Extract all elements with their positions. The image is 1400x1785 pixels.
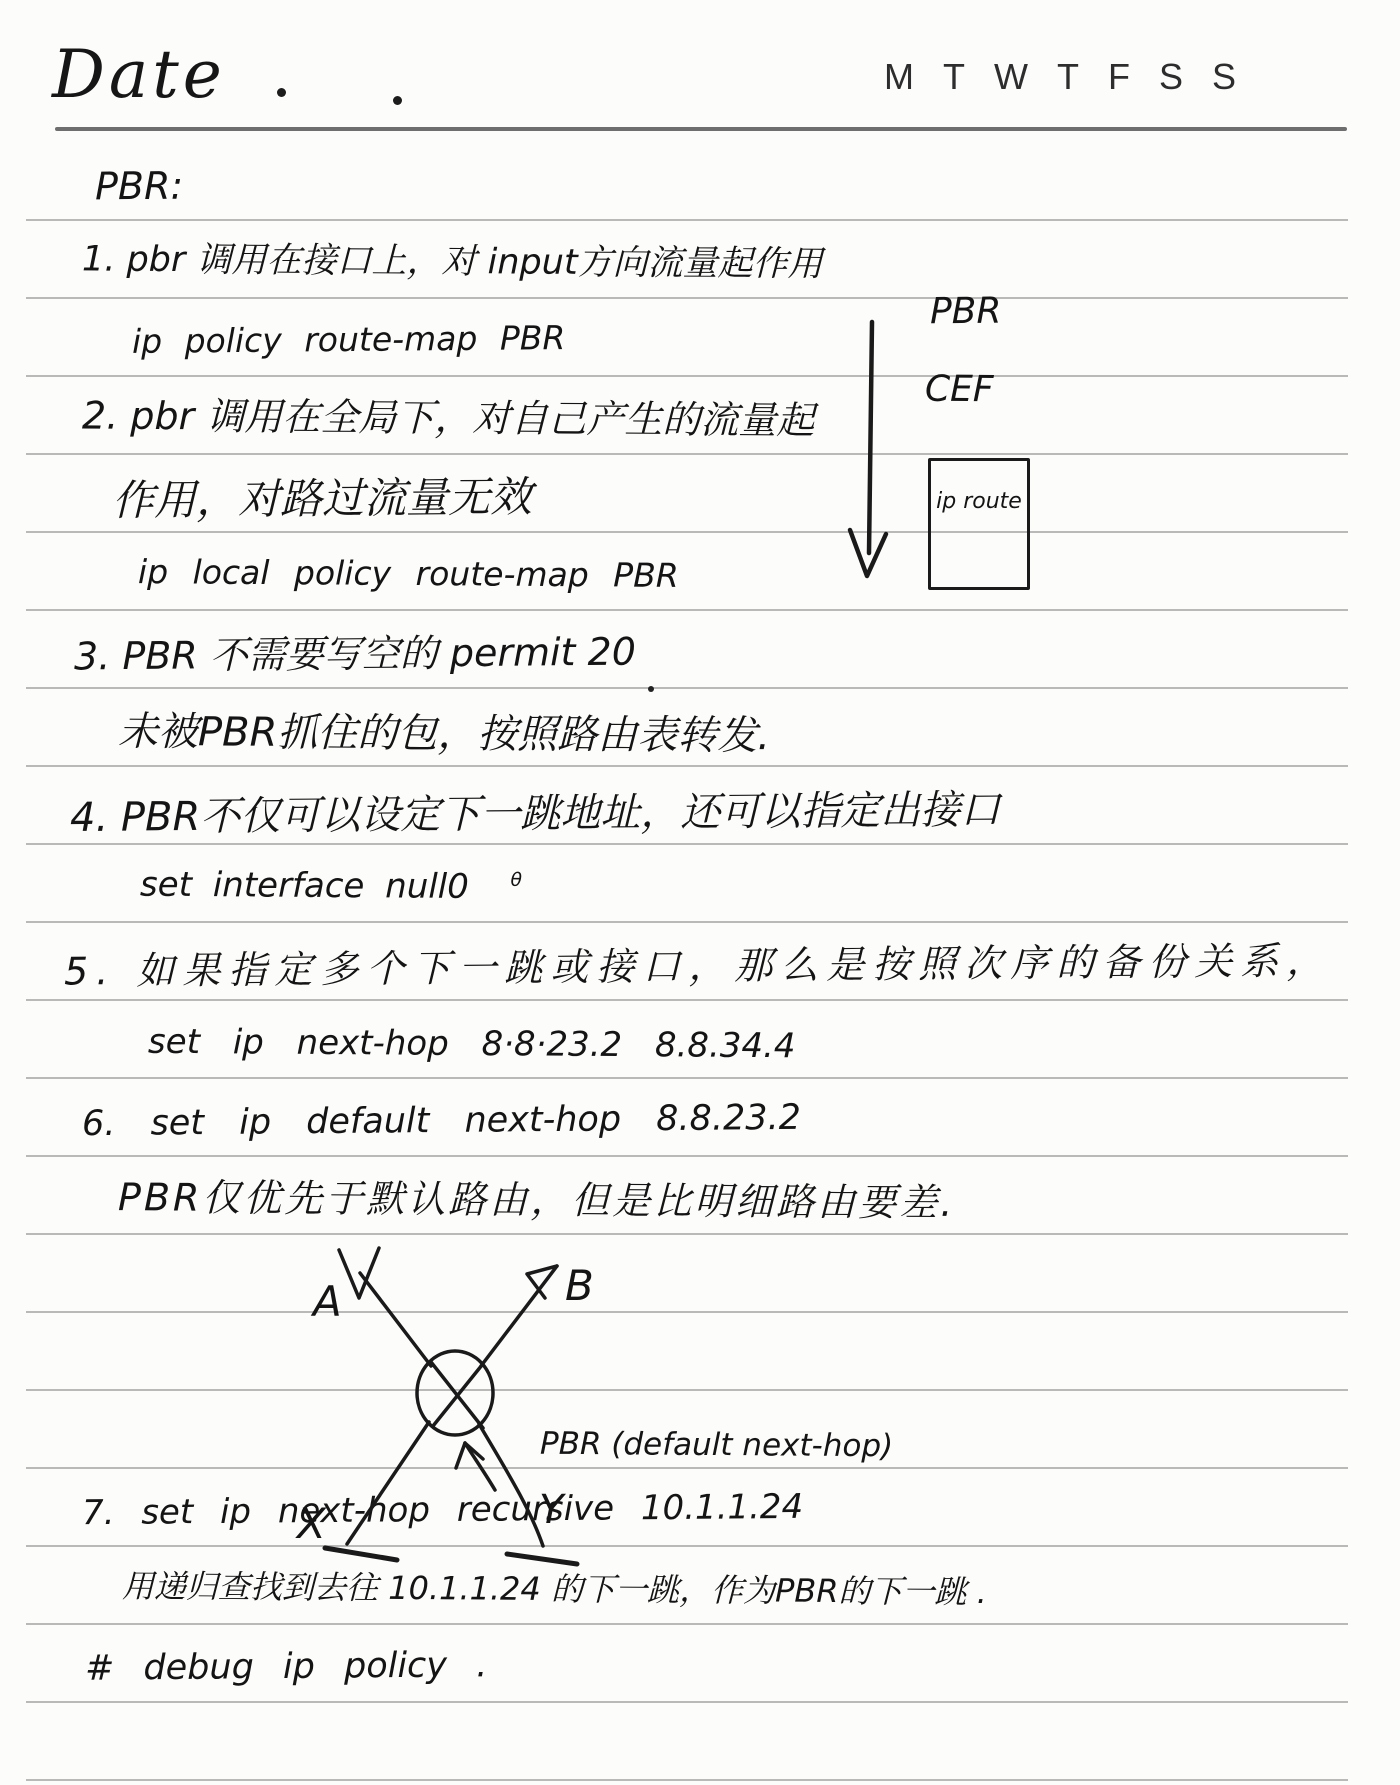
date-dot-1 [277,88,286,97]
notebook-page: Date M T W T F S S PBR: 1. pbr 调用在接口上，对 … [0,0,1400,1785]
note-line-3: 2. pbr 调用在全局下，对自己产生的流量起 [82,395,815,442]
note-title: PBR: [95,166,184,209]
date-dot-2 [393,96,402,105]
note-line-9: set interface null0 θ [140,867,522,907]
branch-x-line: X [295,1422,429,1560]
down-arrow-icon [842,318,902,593]
pbr-pointer-arrow [456,1443,495,1490]
header-rule-line [55,127,1347,131]
note-line-16: # debug ip policy . [85,1646,488,1688]
branch-a-arrow: A [310,1248,431,1366]
note-line-12: 6. set ip default next-hop 8.8.23.2 [82,1099,801,1144]
weekday-letter: S [1159,56,1183,98]
ink-dot [648,686,654,692]
note-line-4: 作用，对路过流量无效 [112,474,532,524]
weekday-letter: T [943,56,965,98]
diagram-caption: PBR (default next-hop) [540,1427,893,1464]
null0-symbol: θ [510,870,522,891]
note-line-11: set ip next-hop 8·8·23.2 8.8.34.4 [148,1024,796,1066]
ip-route-box-label: ip route [931,489,1027,514]
router-diagram: A B X Y [255,1238,935,1583]
weekday-letter: W [994,56,1028,98]
note-line-13: PBR仅优先于默认路由，但是比明细路由要差. [118,1177,956,1225]
flow-label-cef: CEF [925,370,994,410]
weekday-letter: M [884,56,914,98]
date-label: Date [52,36,226,113]
note-line-2: ip policy route-map PBR [132,320,566,360]
note-line-1: 1. pbr 调用在接口上，对 input方向流量起作用 [82,240,823,284]
weekday-letter: S [1212,56,1236,98]
note-line-8: 4. PBR不仅可以设定下一跳地址，还可以指定出接口 [70,788,1001,840]
note-line-7: 未被PBR抓住的包，按照路由表转发. [118,710,770,759]
branch-b-arrow: B [481,1261,594,1366]
diagram-label-b: B [565,1261,594,1310]
note-line-5: ip local policy route-map PBR [138,554,679,594]
flow-label-pbr: PBR [930,292,1002,332]
diagram-label-a: A [310,1277,342,1326]
weekday-letter: T [1057,56,1079,98]
weekday-letter: F [1108,56,1130,98]
diagram-label-x: X [295,1499,327,1548]
ip-route-box: ip route [928,458,1030,590]
diagram-label-y: Y [539,1487,567,1533]
note-line-10: 5. 如果指定多个下一跳或接口，那么是按照次序的备份关系， [64,940,1333,993]
weekday-row: M T W T F S S [884,56,1236,98]
note-line-6: 3. PBR 不需要写空的 permit 20 [74,632,636,679]
